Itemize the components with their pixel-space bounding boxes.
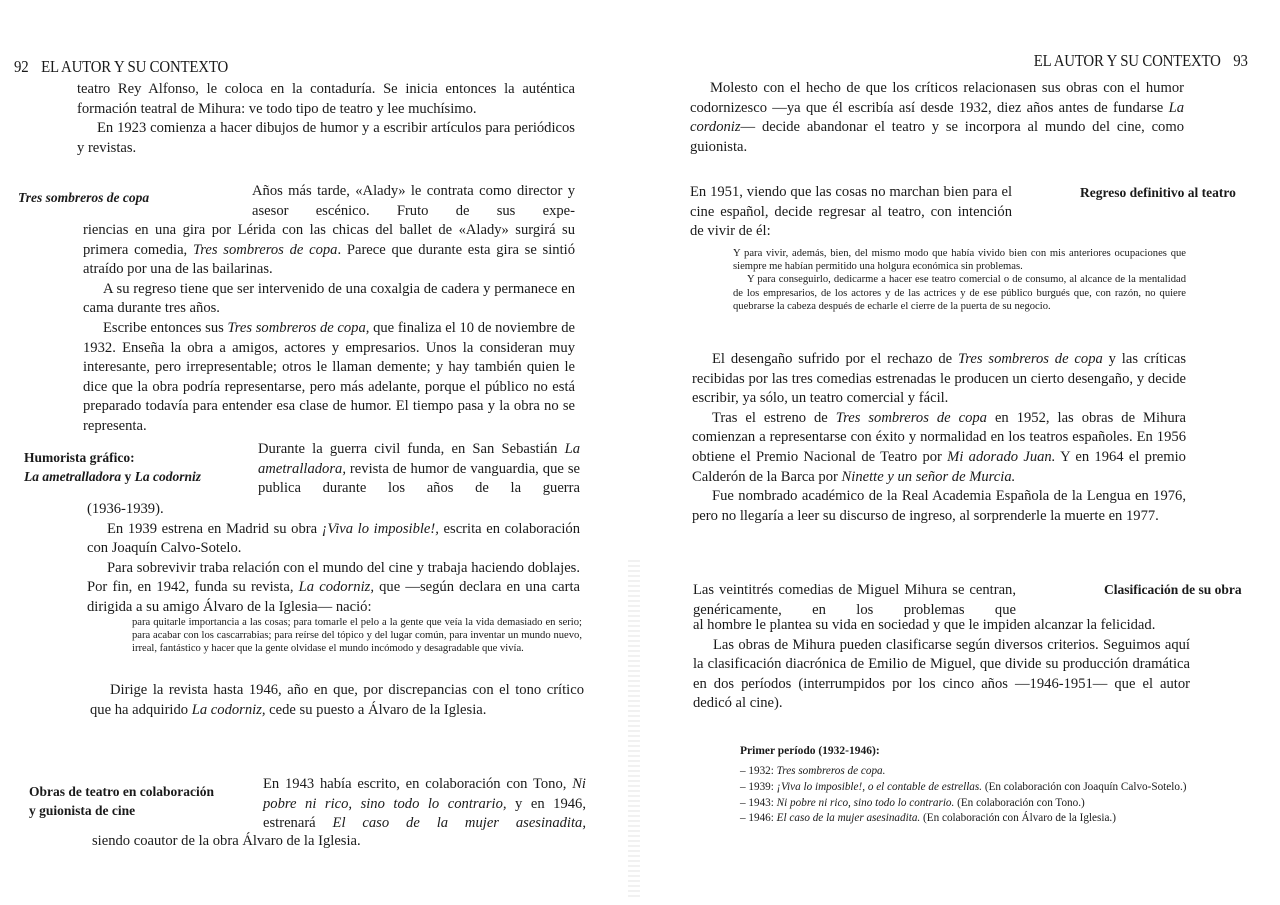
- paragraph: Escribe entonces sus Tres sombreros de c…: [83, 319, 575, 437]
- paragraph: En 1951, viendo que las cosas no marchan…: [690, 183, 1012, 242]
- tres-lead: Años más tarde, «Alady» le contrata como…: [252, 182, 575, 221]
- paragraph: Años más tarde, «Alady» le contrata como…: [252, 182, 575, 221]
- paragraph: Dirige la revista hasta 1946, año en que…: [90, 681, 584, 720]
- clasificacion-body: al hombre le plantea su vida en sociedad…: [693, 616, 1190, 714]
- list-item: – 1932: Tres sombreros de copa.: [740, 764, 1200, 780]
- page-number-left: 92: [14, 57, 28, 76]
- paragraph: Fue nombrado académico de la Real Academ…: [692, 487, 1186, 526]
- regreso-lead: En 1951, viendo que las cosas no marchan…: [690, 183, 1012, 242]
- paragraph: (1936-1939).: [87, 500, 580, 520]
- paragraph: Las veintitrés comedias de Miguel Mihura…: [693, 581, 1016, 620]
- regreso-body: El desengaño sufrido por el rechazo de T…: [692, 350, 1186, 526]
- paragraph: Tras el estreno de Tres sombreros de cop…: [692, 409, 1186, 487]
- sidenote-obras: Obras de teatro en colaboración y guioni…: [29, 782, 214, 820]
- obras-end: siendo coautor de la obra Álvaro de la I…: [92, 832, 586, 852]
- paragraph: al hombre le plantea su vida en sociedad…: [693, 616, 1190, 636]
- clasificacion-lead: Las veintitrés comedias de Miguel Mihura…: [693, 581, 1016, 620]
- paragraph: siendo coautor de la obra Álvaro de la I…: [92, 832, 586, 852]
- sidenote-regreso: Regreso definitivo al teatro: [1080, 183, 1236, 202]
- paragraph: En 1939 estrena en Madrid su obra ¡Viva …: [87, 520, 580, 559]
- paragraph: Durante la guerra civil funda, en San Se…: [258, 440, 580, 499]
- paragraph: teatro Rey Alfonso, le coloca en la cont…: [77, 80, 575, 119]
- sidenote-humorista: Humorista gráfico: La ametralladora y La…: [24, 448, 201, 486]
- humorista-body: (1936-1939). En 1939 estrena en Madrid s…: [87, 500, 580, 618]
- paragraph: Molesto con el hecho de que los críticos…: [690, 79, 1184, 157]
- page-gutter: [628, 560, 640, 900]
- left-intro: teatro Rey Alfonso, le coloca en la cont…: [77, 80, 575, 158]
- list-item: – 1939: ¡Viva lo imposible!, o el contab…: [740, 780, 1200, 796]
- paragraph: El desengaño sufrido por el rechazo de T…: [692, 350, 1186, 409]
- running-head-title-left: EL AUTOR Y SU CONTEXTO: [41, 57, 228, 76]
- paragraph: En 1943 había escrito, en colaboración c…: [263, 775, 586, 834]
- paragraph: riencias en una gira por Lérida con las …: [83, 221, 575, 280]
- list-item: – 1946: El caso de la mujer asesinadita.…: [740, 811, 1200, 827]
- humorista-closing: Dirige la revista hasta 1946, año en que…: [90, 681, 584, 720]
- paragraph: A su regreso tiene que ser intervenido d…: [83, 280, 575, 319]
- paragraph: Las obras de Mihura pueden clasificarse …: [693, 636, 1190, 714]
- humorista-lead: Durante la guerra civil funda, en San Se…: [258, 440, 580, 499]
- blockquote-codorniz: para quitarle importancia a las cosas; p…: [132, 616, 582, 656]
- running-head-title-right: EL AUTOR Y SU CONTEXTO: [1034, 51, 1221, 70]
- paragraph: Para sobrevivir traba relación con el mu…: [87, 559, 580, 618]
- list-title-primer-periodo: Primer período (1932-1946):: [740, 745, 880, 757]
- list-item: – 1943: Ni pobre ni rico, sino todo lo c…: [740, 796, 1200, 812]
- tres-body: riencias en una gira por Lérida con las …: [83, 221, 575, 437]
- right-intro: Molesto con el hecho de que los críticos…: [690, 79, 1184, 157]
- paragraph: En 1923 comienza a hacer dibujos de humo…: [77, 119, 575, 158]
- sidenote-clasificacion: Clasificación de su obra: [1104, 580, 1242, 599]
- works-list: – 1932: Tres sombreros de copa. – 1939: …: [740, 764, 1200, 827]
- sidenote-tres-sombreros: Tres sombreros de copa: [18, 188, 149, 207]
- right-running-head: EL AUTOR Y SU CONTEXTO93: [1034, 51, 1248, 71]
- page-number-right: 93: [1234, 51, 1248, 70]
- left-running-head: 92EL AUTOR Y SU CONTEXTO: [14, 57, 228, 77]
- blockquote-regreso: Y para vivir, además, bien, del mismo mo…: [733, 247, 1186, 313]
- obras-lead: En 1943 había escrito, en colaboración c…: [263, 775, 586, 834]
